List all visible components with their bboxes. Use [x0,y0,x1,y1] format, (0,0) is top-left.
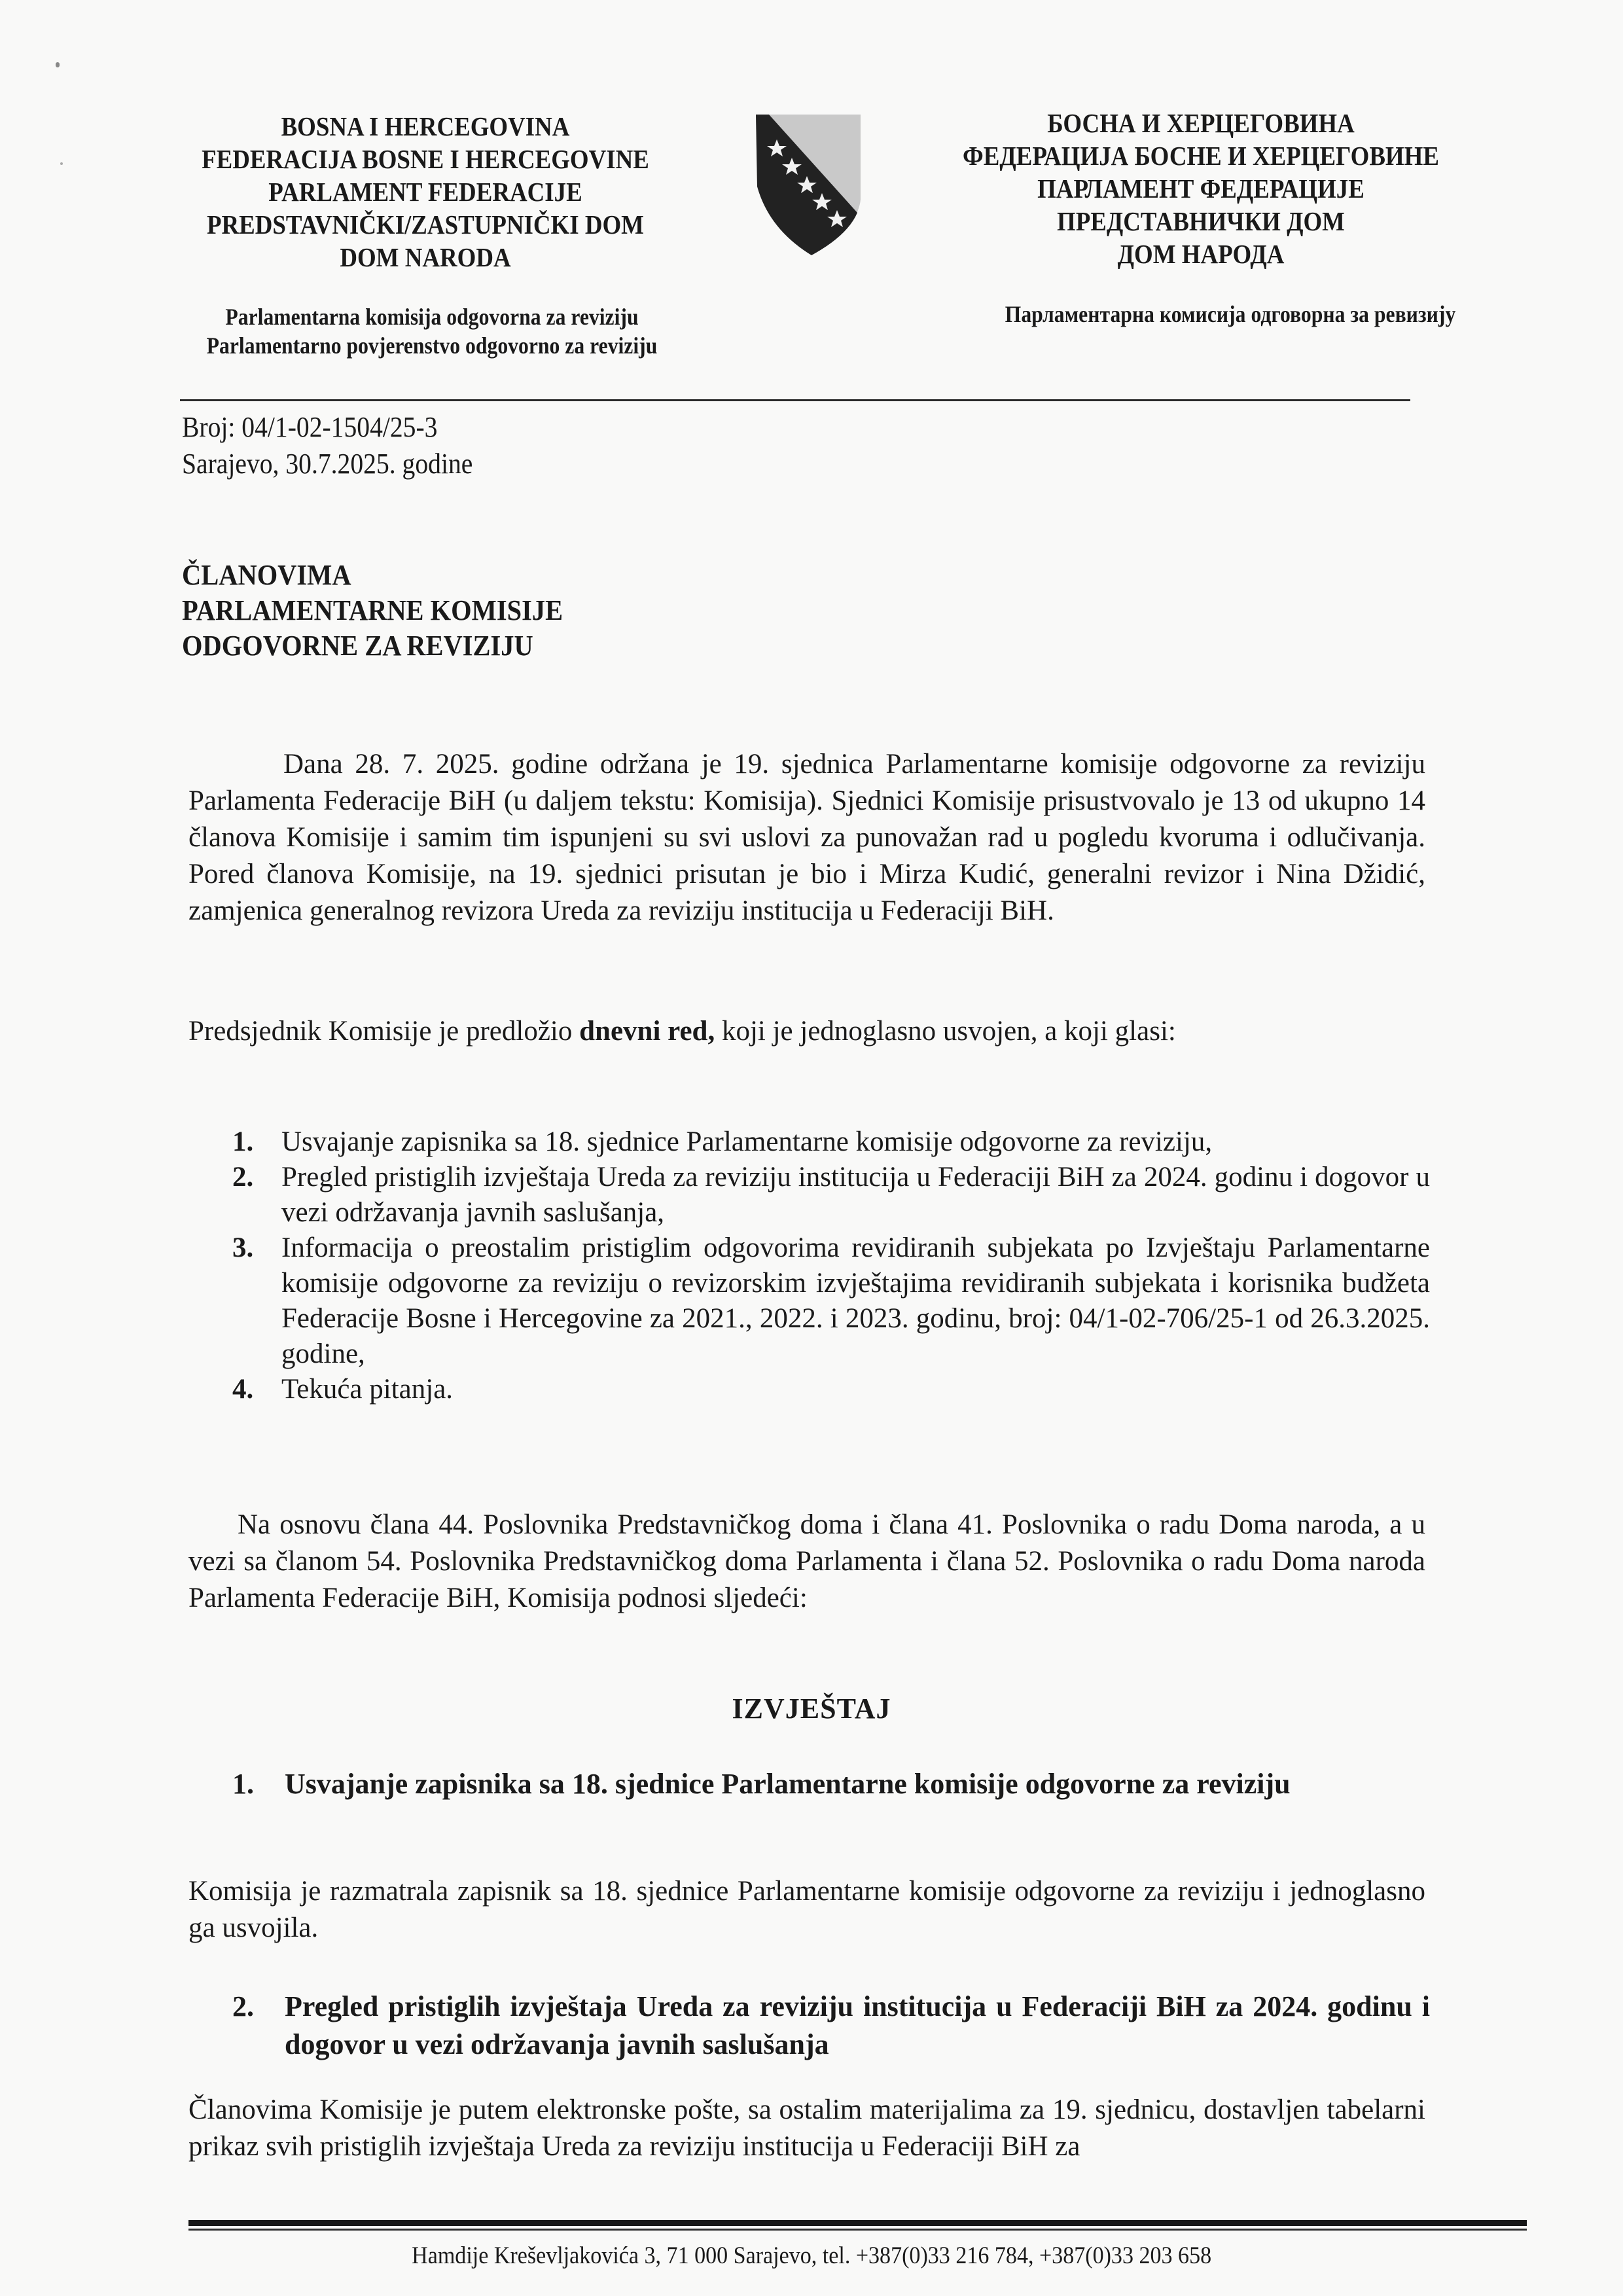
agenda-intro: Predsjednik Komisije je predložio dnevni… [188,1013,1425,1050]
header-line: ПРЕДСТАВНИЧКИ ДОМ [918,205,1484,238]
header-latin: BOSNA I HERCEGOVINA FEDERACIJA BOSNE I H… [160,110,690,274]
header-line: PARLAMENT FEDERACIJE [160,175,690,208]
footer-divider [188,2220,1527,2226]
agenda-item-text: Tekuća pitanja. [281,1372,1430,1407]
agenda-item-number: 3. [232,1230,281,1372]
header-line: ПАРЛАМЕНТ ФЕДЕРАЦИЈЕ [918,172,1484,205]
recipient-line: ČLANOVIMA [182,558,563,593]
header-line: BOSNA I HERCEGOVINA [160,110,690,143]
agenda-item: 3. Informacija o preostalim pristiglim o… [232,1230,1430,1372]
agenda-item-text: Usvajanje zapisnika sa 18. sjednice Parl… [281,1124,1430,1160]
footer-text: Hamdije Kreševljakovića 3, 71 000 Saraje… [412,2242,1211,2270]
agenda-item-number: 1. [232,1124,281,1160]
recipient-line: PARLAMENTARNE KOMISIJE [182,593,563,628]
header-line: ДОМ НАРОДА [918,238,1484,270]
section-title: Pregled pristiglih izvještaja Ureda za r… [285,1988,1430,2064]
header-divider [180,399,1410,401]
header-line: DOM NARODA [160,241,690,274]
agenda-item: 1. Usvajanje zapisnika sa 18. sjednice P… [232,1124,1430,1160]
scan-artifact [56,62,60,67]
agenda-item-text: Informacija o preostalim pristiglim odgo… [281,1230,1430,1372]
document-place-date: Sarajevo, 30.7.2025. godine [182,446,473,482]
agenda-item: 4. Tekuća pitanja. [232,1372,1430,1407]
section-number: 2. [232,1988,285,2064]
intro-paragraph: Dana 28. 7. 2025. godine održana je 19. … [188,746,1425,929]
header-line: PREDSTAVNIČKI/ZASTUPNIČKI DOM [160,208,690,241]
commission-name-line: Parlamentarna komisija odgovorna za revi… [156,302,709,331]
agenda-item-number: 2. [232,1160,281,1230]
agenda-item-text: Pregled pristiglih izvještaja Ureda za r… [281,1160,1430,1230]
commission-name-latin: Parlamentarna komisija odgovorna za revi… [156,302,709,360]
agenda-intro-bold: dnevni red, [579,1016,715,1047]
recipient-block: ČLANOVIMA PARLAMENTARNE KOMISIJE ODGOVOR… [182,558,596,664]
legal-basis-paragraph: Na osnovu člana 44. Poslovnika Predstavn… [188,1507,1425,1617]
agenda-item: 2. Pregled pristiglih izvještaja Ureda z… [232,1160,1430,1230]
intro-text: Dana 28. 7. 2025. godine održana je 19. … [188,749,1425,926]
coat-of-arms-icon [749,108,867,259]
report-title: IZVJEŠTAJ [0,1692,1623,1725]
recipient-line: ODGOVORNE ZA REVIZIJU [182,628,563,664]
agenda-intro-text: koji je jednoglasno usvojen, a koji glas… [715,1016,1176,1047]
header-line: FEDERACIJA BOSNE I HERCEGOVINE [160,143,690,175]
section-title: Usvajanje zapisnika sa 18. sjednice Parl… [285,1765,1430,1803]
scan-artifact [60,162,63,165]
header-line: ФЕДЕРАЦИЈА БОСНЕ И ХЕРЦЕГОВИНЕ [918,139,1484,172]
footer-divider [188,2229,1527,2231]
section-body: Komisija je razmatrala zapisnik sa 18. s… [188,1873,1425,1946]
document-number: Broj: 04/1-02-1504/25-3 [182,409,473,446]
section-heading: 1. Usvajanje zapisnika sa 18. sjednice P… [232,1765,1430,1803]
agenda-intro-text: Predsjednik Komisije je predložio [188,1016,579,1047]
header-cyrillic: БОСНА И ХЕРЦЕГОВИНА ФЕДЕРАЦИЈА БОСНЕ И Х… [918,107,1484,270]
document-meta: Broj: 04/1-02-1504/25-3 Sarajevo, 30.7.2… [182,409,505,482]
legal-basis-text: Na osnovu člana 44. Poslovnika Predstavn… [188,1509,1425,1613]
section-body: Članovima Komisije je putem elektronske … [188,2092,1425,2165]
section-number: 1. [232,1765,285,1803]
header-line: БОСНА И ХЕРЦЕГОВИНА [918,107,1484,139]
agenda-list: 1. Usvajanje zapisnika sa 18. sjednice P… [232,1124,1430,1407]
footer-address: Hamdije Kreševljakovića 3, 71 000 Saraje… [0,2242,1623,2270]
section-heading: 2. Pregled pristiglih izvještaja Ureda z… [232,1988,1430,2064]
commission-name-line: Parlamentarno povjerenstvo odgovorno za … [156,331,709,360]
commission-name-cyrillic: Парламентарна комисија одговорна за реви… [942,300,1518,329]
agenda-item-number: 4. [232,1372,281,1407]
